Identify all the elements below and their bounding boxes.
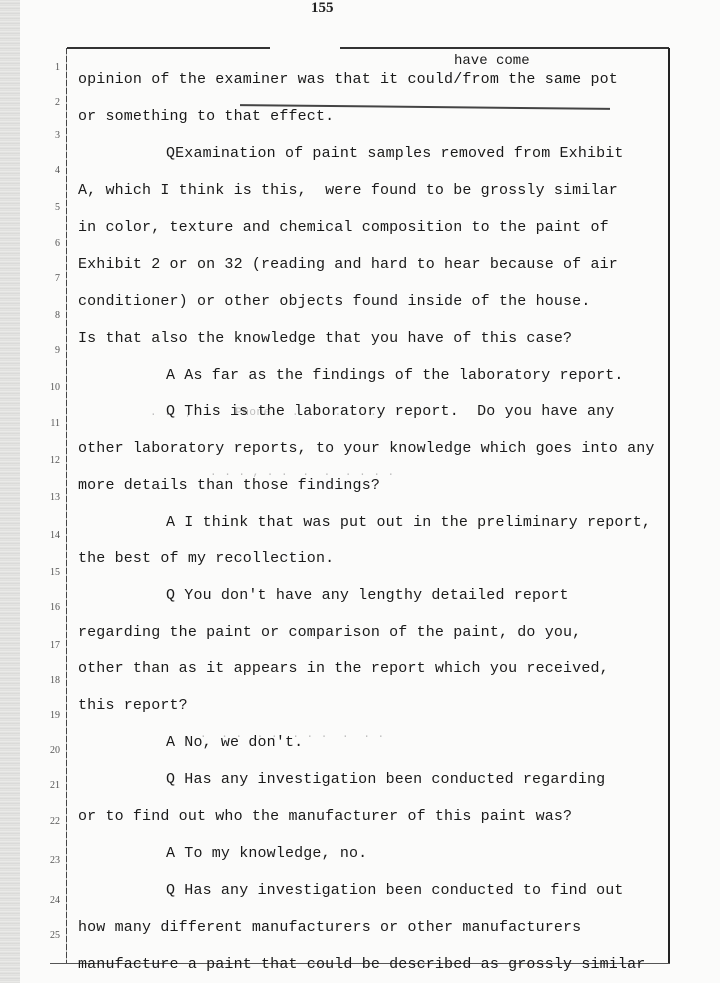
line-number: 6 [42,238,60,249]
transcript-line-answer: A No, we don't. [166,734,303,751]
line-number: 19 [42,710,60,721]
transcript-line-question: Q You don't have any lengthy detailed re… [166,587,569,604]
transcript-line-question: QExamination of paint samples removed fr… [166,145,624,162]
line-number: 22 [42,816,60,827]
transcript-line: opinion of the examiner was that it coul… [78,71,618,88]
transcript-line: in color, texture and chemical compositi… [78,219,609,236]
line-number: 25 [42,930,60,941]
transcript-line: Is that also the knowledge that you have… [78,330,572,347]
transcript-line: manufacture a paint that could be descri… [78,956,645,973]
line-number: 2 [42,97,60,108]
line-number: 3 [42,130,60,141]
line-number: 20 [42,745,60,756]
transcript-line: this report? [78,697,188,714]
line-number: 16 [42,602,60,613]
transcript-line: other than as it appears in the report w… [78,660,609,677]
line-number: 14 [42,530,60,541]
transcript-line-answer: A To my knowledge, no. [166,845,367,862]
line-number: 24 [42,895,60,906]
transcript-line-answer: A As far as the findings of the laborato… [166,367,624,384]
scan-edge-shadow [0,0,20,983]
line-number: 15 [42,567,60,578]
box-border-top [67,47,669,49]
line-number: 8 [42,310,60,321]
transcript-line: more details than those findings? [78,477,380,494]
transcript-line: regarding the paint or comparison of the… [78,624,581,641]
line-number: 17 [42,640,60,651]
transcript-line: how many different manufacturers or othe… [78,919,581,936]
transcript-line: Exhibit 2 or on 32 (reading and hard to … [78,256,618,273]
transcript-line: A, which I think is this, were found to … [78,182,618,199]
box-border-gap [270,45,340,51]
line-number: 23 [42,855,60,866]
line-number: 9 [42,345,60,356]
transcript-line-question: Q This is the laboratory report. Do you … [166,403,614,420]
page-number: 155 [311,0,334,17]
line-number: 11 [42,418,60,429]
line-number: 13 [42,492,60,503]
line-number: 18 [42,675,60,686]
line-number: 5 [42,202,60,213]
transcript-line-question: Q Has any investigation been conducted t… [166,882,624,899]
transcript-line: the best of my recollection. [78,550,334,567]
line-number: 1 [42,62,60,73]
transcript-line-question: Q Has any investigation been conducted r… [166,771,605,788]
transcript-line: or something to that effect. [78,108,334,125]
box-border-left [66,48,67,963]
transcript-line-answer: A I think that was put out in the prelim… [166,514,651,531]
transcript-line: or to find out who the manufacturer of t… [78,808,572,825]
transcript-line: conditioner) or other objects found insi… [78,293,590,310]
line-number: 7 [42,273,60,284]
line-number: 21 [42,780,60,791]
transcript-line: other laboratory reports, to your knowle… [78,440,655,457]
line-number: 10 [42,382,60,393]
line-number: 12 [42,455,60,466]
box-border-right [668,48,670,963]
handwritten-insertion: have come [454,53,530,69]
line-number: 4 [42,165,60,176]
